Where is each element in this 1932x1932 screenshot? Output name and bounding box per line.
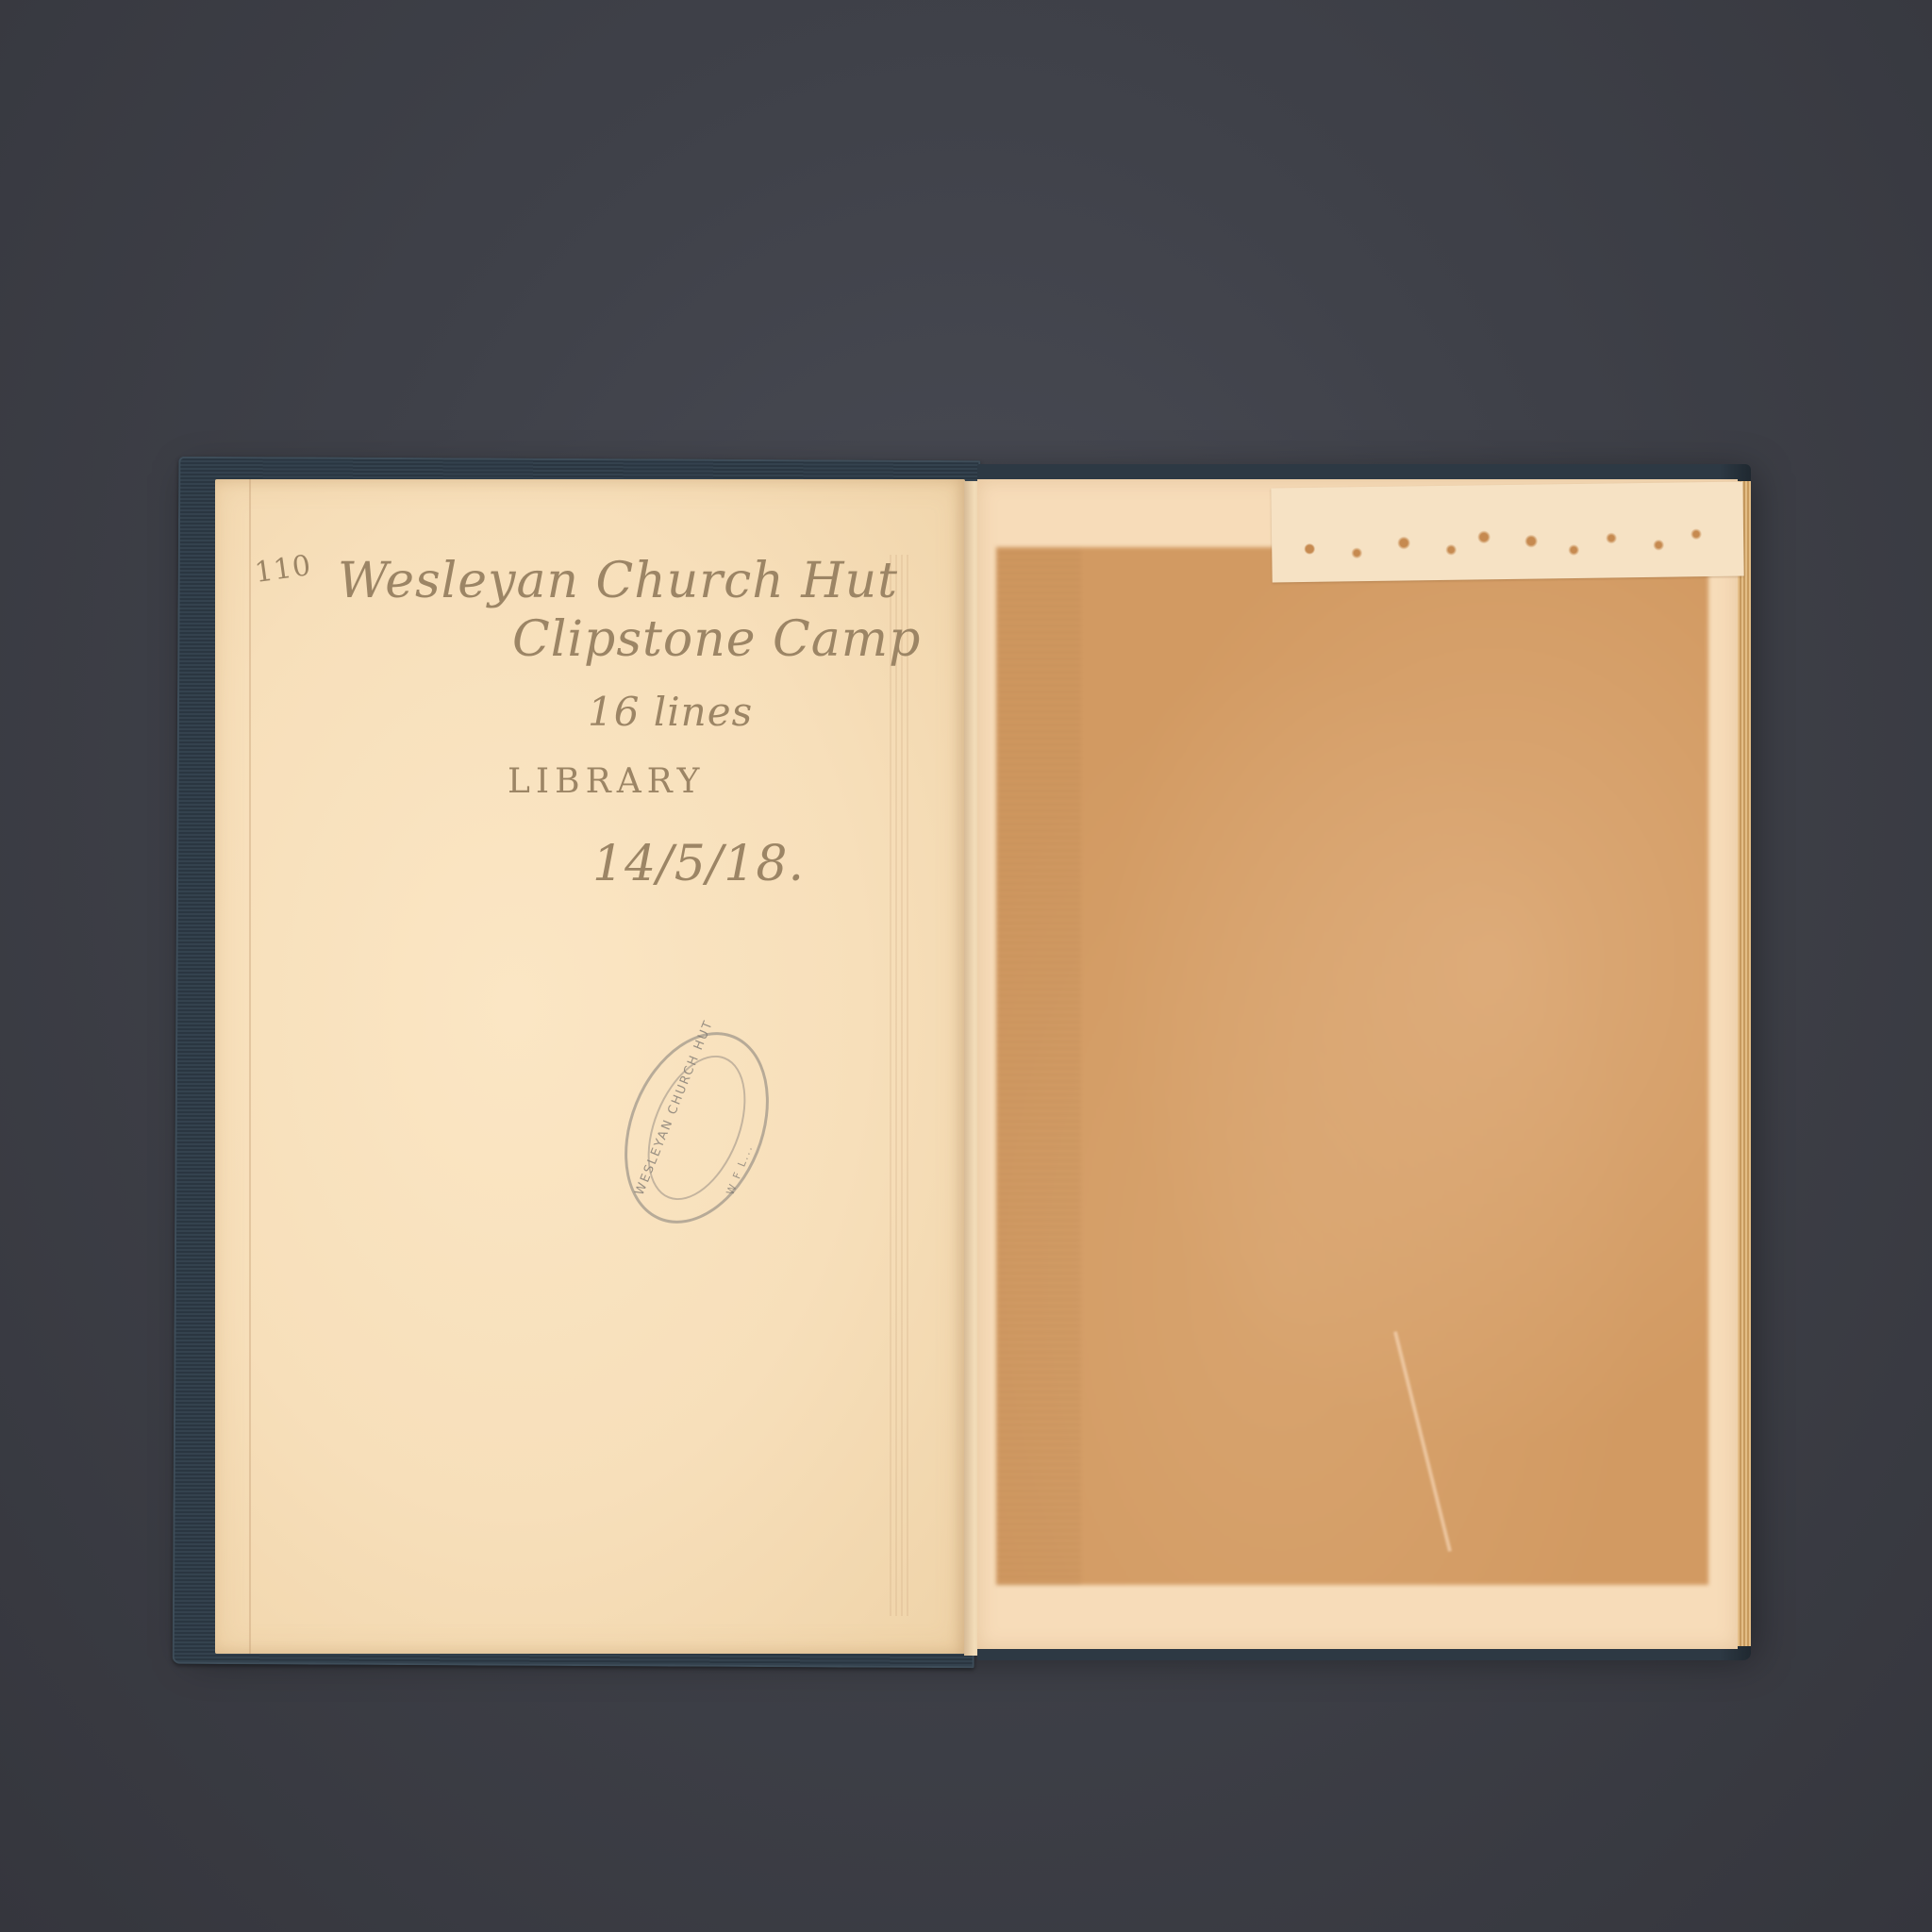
- stamp-inner-text: W F L...: [724, 1142, 756, 1197]
- page-edges: [1736, 481, 1751, 1646]
- library-stamp: WESLEYAN CHURCH HUT W F L...: [598, 1010, 796, 1244]
- stamp-outer-text: WESLEYAN CHURCH HUT: [633, 1018, 717, 1198]
- inscription-line-2: Clipstone Camp: [512, 611, 921, 668]
- inscription-date: 14/5/18.: [592, 836, 805, 892]
- front-pastedown: 110 Wesleyan Church Hut Clipstone Camp 1…: [215, 479, 965, 1654]
- inscription-line-3: 16 lines: [588, 689, 753, 735]
- gutter-texture: [890, 555, 912, 1616]
- free-endpaper: [977, 479, 1738, 1649]
- stain-band: [996, 547, 1081, 1585]
- inventory-number: 110: [253, 549, 314, 590]
- foxed-paper-slip: [1271, 482, 1743, 583]
- hinge-line: [249, 479, 251, 1654]
- offset-browning: [996, 547, 1708, 1585]
- inscription-library: LIBRARY: [508, 762, 705, 801]
- photo-scene: 110 Wesleyan Church Hut Clipstone Camp 1…: [0, 0, 1932, 1932]
- inscription-line-1: Wesleyan Church Hut: [338, 553, 898, 609]
